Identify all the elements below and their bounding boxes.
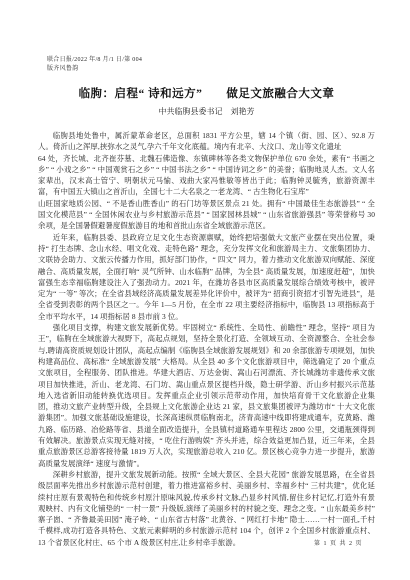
paragraph-rural-tourism: 深耕乡村旅游，提升文旅发展新动能。按照“ 全域大景区、全县大花园” 旅游发展思路… <box>38 469 375 548</box>
paragraph-recent-years: 近年来，临朐县委、县政府立足文化生态资源禀赋，始终把培强做大文旅产业摆在突出位置… <box>38 232 375 322</box>
paragraph-heritage: 64 处，齐长城、北齐崔芬墓、北魏石佛造像、东镇碑林等各类文物保护单位 670 … <box>38 153 375 198</box>
paragraph-intro: 临朐县地处鲁中，属沂蒙革命老区，总面积 1831 平方公里，辖 14 个镇（街、… <box>38 130 375 153</box>
article-byline: 中共临朐县委书记 刘艳芳 <box>38 107 375 117</box>
document-page: 联合日报/2022 年/8 月/1 日/第 004 版齐风鲁韵 临朐：启程“ 诗… <box>0 0 410 580</box>
publication-source-line: 联合日报/2022 年/8 月/1 日/第 004 <box>47 56 375 65</box>
paragraph-honors: 山旺国家地质公园、“ 不是香山胜香山” 的石门坊等景区景点 21 处。拥有“ 中… <box>38 198 375 232</box>
publication-info: 联合日报/2022 年/8 月/1 日/第 004 版齐风鲁韵 <box>47 56 375 73</box>
publication-section-line: 版齐风鲁韵 <box>47 65 375 74</box>
article-body: 临朐县地处鲁中，属沂蒙革命老区，总面积 1831 平方公里，辖 14 个镇（街、… <box>38 130 375 548</box>
page-number-indicator: 第 1 页 共 2 页 <box>314 538 363 547</box>
article-title: 临朐：启程“ 诗和远方” 做足文旅融合大文章 <box>38 88 375 101</box>
paragraph-projects: 强化项目支撑，构建文旅发展新优势。牢固树立“ 系统性、全局性、前瞻性” 理念，坚… <box>38 322 375 469</box>
